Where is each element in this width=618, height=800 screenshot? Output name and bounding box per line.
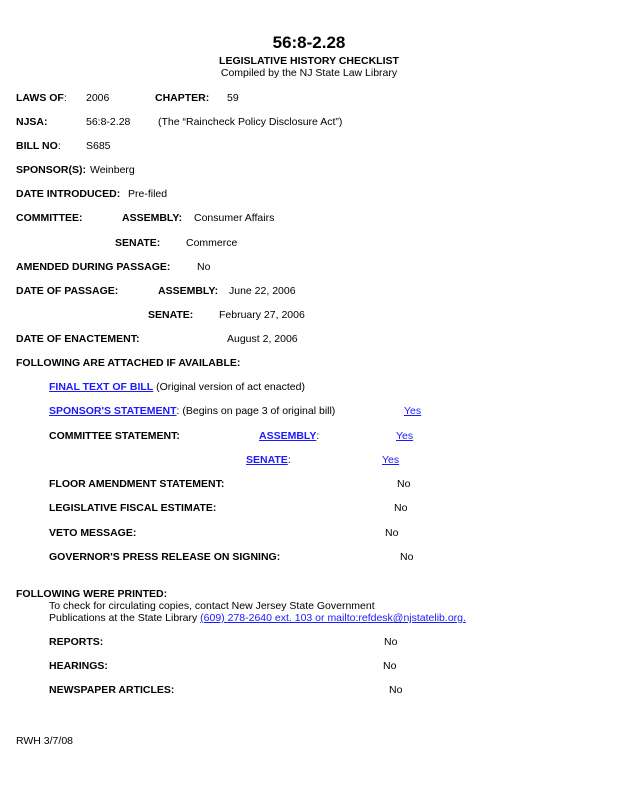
email-link[interactable]: mailto:refdesk@njstatelib.org. [327, 612, 465, 624]
phone-link[interactable]: (609) 278-2640 ext. 103 or [200, 612, 327, 624]
reports-value: No [384, 637, 397, 648]
amended-label: AMENDED DURING PASSAGE: [16, 262, 170, 273]
committee-statement-assembly: ASSEMBLY: [259, 431, 319, 442]
laws-of-value: 2006 [86, 93, 109, 104]
sponsor-statement-note: : (Begins on page 3 of original bill) [177, 405, 336, 417]
sponsors-label: SPONSOR(S): [16, 165, 86, 176]
veto-message-value: No [385, 528, 398, 539]
governor-press-release-label: GOVERNOR'S PRESS RELEASE ON SIGNING: [49, 552, 280, 563]
committee-label: COMMITTEE: [16, 213, 83, 224]
committee-statement-label: COMMITTEE STATEMENT: [49, 431, 180, 442]
document-title: 56:8-2.28 [0, 34, 618, 51]
passage-label: DATE OF PASSAGE: [16, 286, 118, 297]
newspaper-articles-value: No [389, 685, 402, 696]
passage-assembly-value: June 22, 2006 [229, 286, 296, 297]
fiscal-estimate-label: LEGISLATIVE FISCAL ESTIMATE: [49, 503, 216, 514]
veto-message-label: VETO MESSAGE: [49, 528, 136, 539]
committee-statement-senate-yes-link[interactable]: Yes [382, 455, 399, 466]
document-subtitle: LEGISLATIVE HISTORY CHECKLIST [0, 56, 618, 67]
hearings-label: HEARINGS: [49, 661, 108, 672]
sponsor-statement-yes-link[interactable]: Yes [404, 406, 421, 417]
final-text-link[interactable]: FINAL TEXT OF BILL [49, 381, 153, 393]
bill-no-value: S685 [86, 141, 111, 152]
committee-statement-senate: SENATE: [246, 455, 291, 466]
hearings-value: No [383, 661, 396, 672]
printed-note-line1: To check for circulating copies, contact… [49, 601, 375, 612]
passage-assembly-label: ASSEMBLY: [158, 286, 218, 297]
floor-amendment-value: No [397, 479, 410, 490]
act-name: (The “Raincheck Policy Disclosure Act”) [158, 117, 342, 128]
bill-no-label: BILL NO: [16, 141, 61, 152]
committee-statement-assembly-link[interactable]: ASSEMBLY [259, 430, 316, 442]
enactment-label: DATE OF ENACTEMENT: [16, 334, 139, 345]
passage-senate-value: February 27, 2006 [219, 310, 305, 321]
njsa-value: 56:8-2.28 [86, 117, 130, 128]
date-introduced-label: DATE INTRODUCED: [16, 189, 120, 200]
amended-value: No [197, 262, 210, 273]
committee-statement-senate-link[interactable]: SENATE [246, 454, 288, 466]
footer-initials-date: RWH 3/7/08 [16, 736, 73, 747]
governor-press-release-value: No [400, 552, 413, 563]
reports-label: REPORTS: [49, 637, 103, 648]
committee-statement-assembly-yes-link[interactable]: Yes [396, 431, 413, 442]
sponsor-statement-row: SPONSOR'S STATEMENT: (Begins on page 3 o… [49, 406, 335, 417]
sponsor-statement-link[interactable]: SPONSOR'S STATEMENT [49, 405, 177, 417]
compiled-by: Compiled by the NJ State Law Library [0, 68, 618, 79]
final-text-note: (Original version of act enacted) [153, 381, 305, 393]
njsa-label: NJSA: [16, 117, 48, 128]
chapter-label: CHAPTER: [155, 93, 209, 104]
final-text-row: FINAL TEXT OF BILL (Original version of … [49, 382, 305, 393]
enactment-value: August 2, 2006 [227, 334, 298, 345]
sponsors-value: Weinberg [90, 165, 135, 176]
newspaper-articles-label: NEWSPAPER ARTICLES: [49, 685, 174, 696]
committee-assembly-label: ASSEMBLY: [122, 213, 182, 224]
attached-heading: FOLLOWING ARE ATTACHED IF AVAILABLE: [16, 358, 240, 369]
committee-assembly-value: Consumer Affairs [194, 213, 274, 224]
floor-amendment-label: FLOOR AMENDMENT STATEMENT: [49, 479, 224, 490]
committee-senate-label: SENATE: [115, 238, 160, 249]
laws-of-label: LAWS OF: [16, 93, 67, 104]
fiscal-estimate-value: No [394, 503, 407, 514]
date-introduced-value: Pre-filed [128, 189, 167, 200]
passage-senate-label: SENATE: [148, 310, 193, 321]
printed-heading: FOLLOWING WERE PRINTED: [16, 589, 167, 600]
committee-senate-value: Commerce [186, 238, 237, 249]
printed-note-line2: Publications at the State Library (609) … [49, 613, 466, 624]
chapter-value: 59 [227, 93, 239, 104]
